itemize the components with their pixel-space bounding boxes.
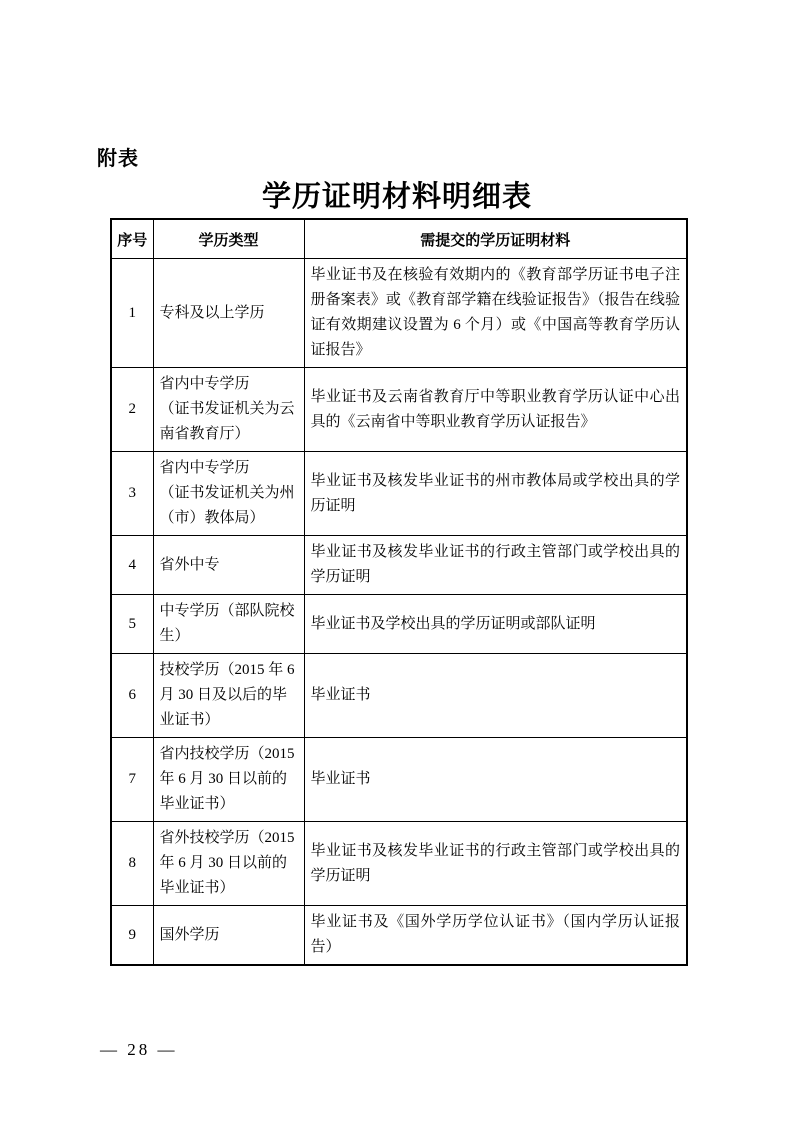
row-education-type: 省内技校学历（2015 年 6 月 30 日以前的毕业证书） <box>153 738 304 822</box>
annex-label: 附表 <box>97 142 139 171</box>
table-row: 7省内技校学历（2015 年 6 月 30 日以前的毕业证书）毕业证书 <box>111 738 687 822</box>
document-page: 附表 学历证明材料明细表 序号 学历类型 需提交的学历证明材料 1专科及以上学历… <box>0 0 794 1123</box>
row-serial-number: 4 <box>111 536 153 595</box>
row-education-type: 中专学历（部队院校生） <box>153 595 304 654</box>
row-serial-number: 2 <box>111 368 153 452</box>
row-required-materials: 毕业证书及核发毕业证书的行政主管部门或学校出具的学历证明 <box>304 536 687 595</box>
page-title: 学历证明材料明细表 <box>0 174 794 215</box>
table-header: 序号 学历类型 需提交的学历证明材料 <box>111 219 687 259</box>
row-education-type: 省内中专学历 （证书发证机关为云南省教育厅） <box>153 368 304 452</box>
row-required-materials: 毕业证书及核发毕业证书的行政主管部门或学校出具的学历证明 <box>304 822 687 906</box>
row-required-materials: 毕业证书及云南省教育厅中等职业教育学历认证中心出具的《云南省中等职业教育学历认证… <box>304 368 687 452</box>
row-serial-number: 1 <box>111 259 153 368</box>
header-required-materials: 需提交的学历证明材料 <box>304 219 687 259</box>
row-education-type: 省内中专学历 （证书发证机关为州（市）教体局） <box>153 452 304 536</box>
row-required-materials: 毕业证书及《国外学历学位认证书》（国内学历认证报告） <box>304 906 687 966</box>
table-row: 6技校学历（2015 年 6 月 30 日及以后的毕业证书）毕业证书 <box>111 654 687 738</box>
table-row: 2省内中专学历 （证书发证机关为云南省教育厅）毕业证书及云南省教育厅中等职业教育… <box>111 368 687 452</box>
row-required-materials: 毕业证书 <box>304 738 687 822</box>
row-serial-number: 3 <box>111 452 153 536</box>
table-row: 3省内中专学历 （证书发证机关为州（市）教体局）毕业证书及核发毕业证书的州市教体… <box>111 452 687 536</box>
row-education-type: 技校学历（2015 年 6 月 30 日及以后的毕业证书） <box>153 654 304 738</box>
table-row: 8省外技校学历（2015 年 6 月 30 日以前的毕业证书）毕业证书及核发毕业… <box>111 822 687 906</box>
row-serial-number: 8 <box>111 822 153 906</box>
table-header-row: 序号 学历类型 需提交的学历证明材料 <box>111 219 687 259</box>
row-serial-number: 9 <box>111 906 153 966</box>
row-required-materials: 毕业证书及在核验有效期内的《教育部学历证书电子注册备案表》或《教育部学籍在线验证… <box>304 259 687 368</box>
materials-table: 序号 学历类型 需提交的学历证明材料 1专科及以上学历毕业证书及在核验有效期内的… <box>110 218 688 966</box>
table-row: 1专科及以上学历毕业证书及在核验有效期内的《教育部学历证书电子注册备案表》或《教… <box>111 259 687 368</box>
table-row: 5中专学历（部队院校生）毕业证书及学校出具的学历证明或部队证明 <box>111 595 687 654</box>
page-number: — 28 — <box>100 1040 178 1060</box>
row-serial-number: 5 <box>111 595 153 654</box>
row-required-materials: 毕业证书及学校出具的学历证明或部队证明 <box>304 595 687 654</box>
row-education-type: 省外技校学历（2015 年 6 月 30 日以前的毕业证书） <box>153 822 304 906</box>
row-required-materials: 毕业证书及核发毕业证书的州市教体局或学校出具的学历证明 <box>304 452 687 536</box>
table-row: 4省外中专毕业证书及核发毕业证书的行政主管部门或学校出具的学历证明 <box>111 536 687 595</box>
table-row: 9国外学历毕业证书及《国外学历学位认证书》（国内学历认证报告） <box>111 906 687 966</box>
header-education-type: 学历类型 <box>153 219 304 259</box>
row-serial-number: 6 <box>111 654 153 738</box>
row-education-type: 国外学历 <box>153 906 304 966</box>
row-serial-number: 7 <box>111 738 153 822</box>
table-body: 1专科及以上学历毕业证书及在核验有效期内的《教育部学历证书电子注册备案表》或《教… <box>111 259 687 966</box>
row-required-materials: 毕业证书 <box>304 654 687 738</box>
row-education-type: 专科及以上学历 <box>153 259 304 368</box>
row-education-type: 省外中专 <box>153 536 304 595</box>
header-serial-number: 序号 <box>111 219 153 259</box>
